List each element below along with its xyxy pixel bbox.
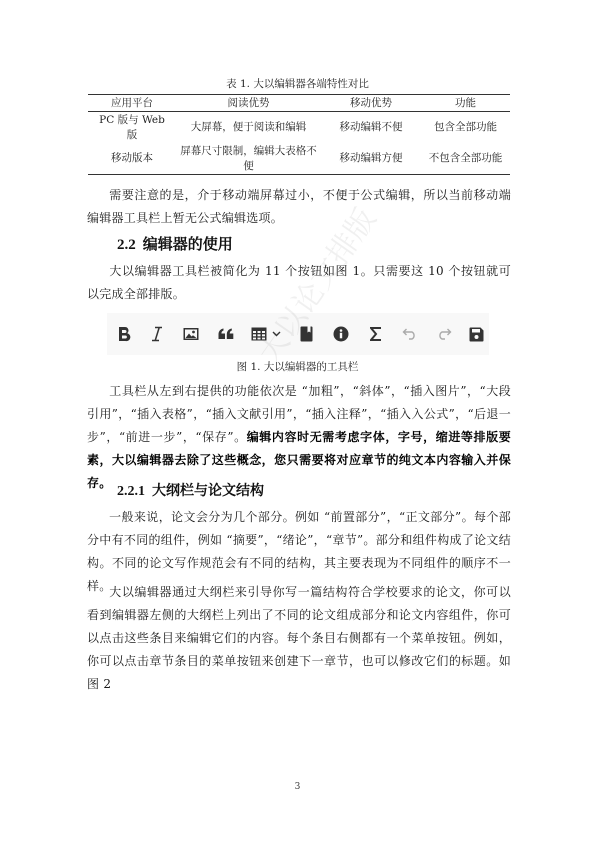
table-row: 移动版本 屏幕尺寸限制，编辑大表格不便 移动编辑方便 不包含全部功能 <box>88 144 510 175</box>
insert-citation-button[interactable] <box>293 313 319 355</box>
redo-button[interactable] <box>431 313 457 355</box>
info-icon <box>333 326 349 342</box>
header-function: 功能 <box>421 95 510 112</box>
section-heading: 2.2编辑器的使用 <box>117 233 233 254</box>
paragraph: 大以编辑器通过大纲栏来引导你写一篇结构符合学校要求的论文，你可以看到编辑器左侧的… <box>87 581 511 696</box>
insert-annotation-button[interactable] <box>328 313 354 355</box>
cell: 移动版本 <box>88 144 176 175</box>
cell: PC 版与 Web 版 <box>88 112 176 144</box>
cell: 移动编辑方便 <box>321 144 421 175</box>
save-icon <box>469 327 484 342</box>
paragraph: 需要注意的是，介于移动端屏幕过小，不便于公式编辑，所以当前移动端编辑器工具栏上暂… <box>87 184 511 230</box>
paragraph-text: 大以编辑器工具栏被简化为 11 个按钮如图 1。只需要这 10 个按钮就可以完成… <box>87 264 511 301</box>
cell: 屏幕尺寸限制，编辑大表格不便 <box>176 144 321 175</box>
table-caption: 表 1. 大以编辑器各端特性对比 <box>0 76 595 91</box>
blockquote-button[interactable] <box>213 313 239 355</box>
paragraph: 大以编辑器工具栏被简化为 11 个按钮如图 1。只需要这 10 个按钮就可以完成… <box>87 260 511 306</box>
editor-toolbar <box>107 313 489 355</box>
italic-button[interactable] <box>144 313 170 355</box>
cell: 移动编辑不便 <box>321 112 421 144</box>
bold-icon <box>117 326 131 342</box>
header-reading: 阅读优势 <box>176 95 321 112</box>
insert-image-button[interactable] <box>178 313 204 355</box>
paragraph-text: 大以编辑器通过大纲栏来引导你写一篇结构符合学校要求的论文，你可以看到编辑器左侧的… <box>87 585 511 691</box>
book-icon <box>300 326 313 342</box>
sigma-icon <box>370 327 382 341</box>
table-header-row: 应用平台 阅读优势 移动优势 功能 <box>88 95 510 112</box>
cell: 包含全部功能 <box>421 112 510 144</box>
figure-caption: 图 1. 大以编辑器的工具栏 <box>0 359 595 374</box>
redo-icon <box>436 328 452 340</box>
header-platform: 应用平台 <box>88 95 176 112</box>
save-button[interactable] <box>463 313 489 355</box>
section-number: 2.2 <box>117 237 136 253</box>
undo-icon <box>402 328 418 340</box>
insert-formula-button[interactable] <box>363 313 389 355</box>
comparison-table: 应用平台 阅读优势 移动优势 功能 PC 版与 Web 版 大屏幕，便于阅读和编… <box>88 94 510 175</box>
section-title: 编辑器的使用 <box>143 235 233 253</box>
bold-button[interactable] <box>111 313 137 355</box>
header-mobile: 移动优势 <box>321 95 421 112</box>
subsection-number: 2.2.1 <box>117 484 145 499</box>
cell: 大屏幕，便于阅读和编辑 <box>176 112 321 144</box>
italic-icon <box>151 326 163 342</box>
cell: 不包含全部功能 <box>421 144 510 175</box>
subsection-heading: 2.2.1大纲栏与论文结构 <box>117 480 264 500</box>
paragraph-text: 需要注意的是，介于移动端屏幕过小，不便于公式编辑，所以当前移动端编辑器工具栏上暂… <box>87 188 511 225</box>
chevron-down-icon <box>272 331 281 337</box>
subsection-title: 大纲栏与论文结构 <box>152 483 264 499</box>
quote-icon <box>218 328 234 340</box>
table-icon <box>251 327 267 341</box>
undo-button[interactable] <box>397 313 423 355</box>
paragraph: 工具栏从左到右提供的功能依次是 “加粗”，“斜体”，“插入图片”，“大段引用”，… <box>87 380 511 495</box>
insert-table-button[interactable] <box>246 313 286 355</box>
table-row: PC 版与 Web 版 大屏幕，便于阅读和编辑 移动编辑不便 包含全部功能 <box>88 112 510 144</box>
image-icon <box>183 327 199 341</box>
page-number: 3 <box>0 782 595 792</box>
